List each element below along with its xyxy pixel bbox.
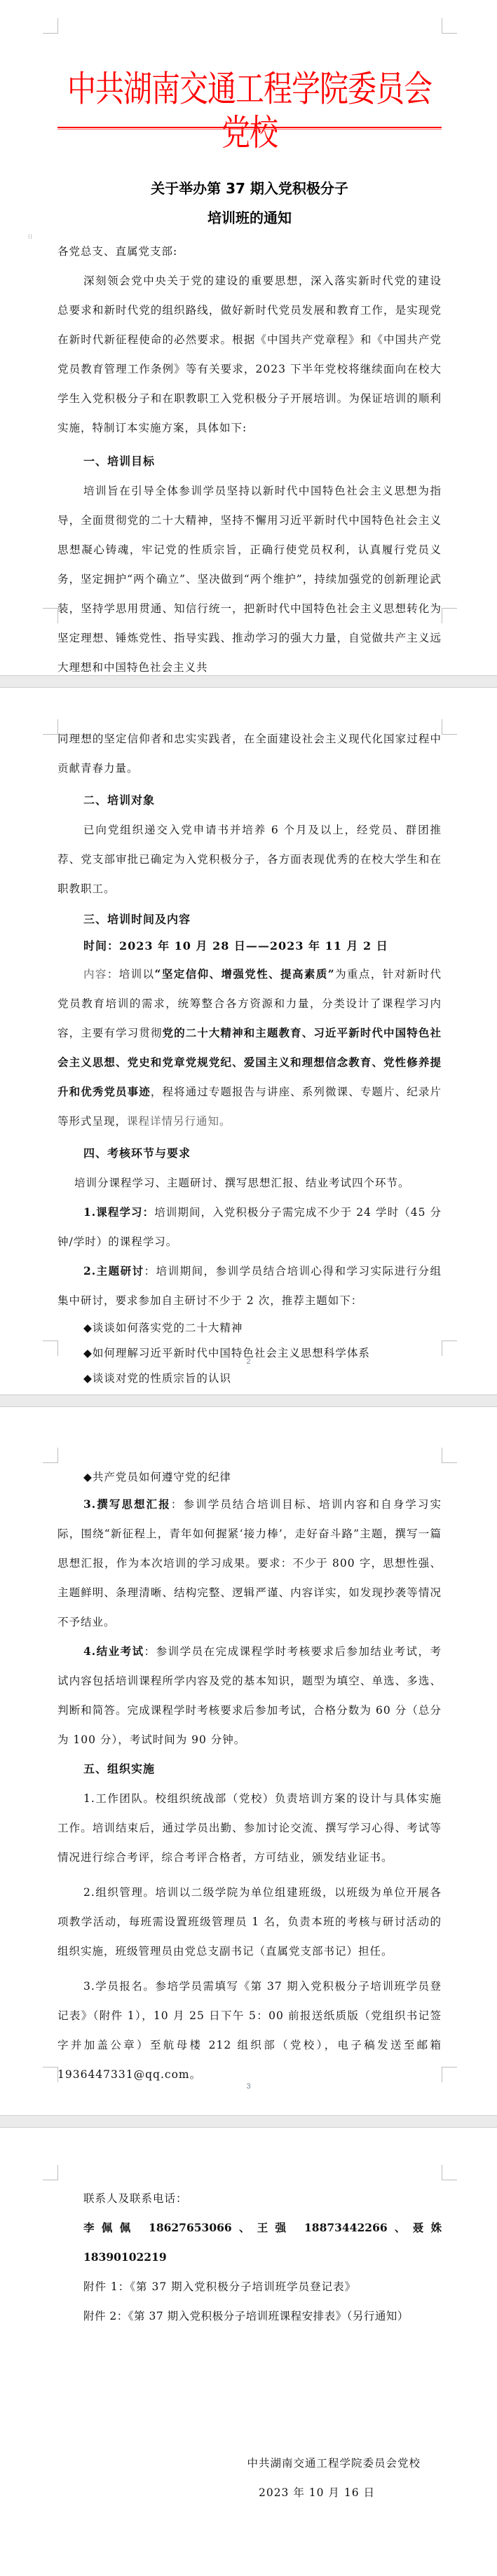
- page-1: 中共湖南交通工程学院委员会党校 ⁞⁞ 关于举办第 37 期入党积极分子 培训班的…: [0, 0, 497, 675]
- section-3-content: 内容：培训以“坚定信仰、增强党性、提高素质”为重点，针对新时代党员教育培训的需求…: [57, 960, 442, 1136]
- section-2-body: 已向党组织递交入党申请书并培养 6 个月及以上，经党员、群团推荐、党支部审批已确…: [57, 815, 442, 903]
- course-details-note: 课程详情另行通知。: [127, 1115, 231, 1128]
- training-time: 时间：2023 年 10 月 28 日——2023 年 11 月 2 日: [57, 933, 442, 960]
- margin-corner-mark: [442, 608, 457, 623]
- document-title-line1: 关于举办第 37 期入党积极分子: [57, 174, 442, 203]
- red-divider-rule: [57, 127, 442, 130]
- section-heading-3: 三、培训时间及内容: [57, 906, 442, 933]
- section-1-body: 培训旨在引导全体参训学员坚持以新时代中国特色社会主义思想为指导，全面贯彻党的二十…: [57, 476, 442, 682]
- implementation-item-2: 2.组织管理。培训以二级学院为单位组建班级，以班级为单位开展各项教学活动，每班需…: [57, 1878, 442, 1966]
- section-heading-2: 二、培训对象: [57, 786, 442, 815]
- margin-corner-mark: [442, 2067, 457, 2082]
- page-4: 联系人及联系电话： 李佩佩 18627653066、王强 18873442266…: [0, 2128, 497, 2576]
- margin-corner-mark: [43, 1341, 58, 1356]
- assessment-item-3: 3.撰写思想汇报：参训学员结合培训目标、培训内容和自身学习实际，围绕“新征程上，…: [57, 1490, 442, 1637]
- content-label: 内容: [83, 968, 107, 981]
- topic-bullet: ◆共产党员如何遵守党的纪律: [57, 1464, 442, 1490]
- signature-org: 中共湖南交通工程学院委员会党校: [57, 2449, 442, 2478]
- margin-corner-mark: [442, 1341, 457, 1356]
- implementation-item-3: 3.学员报名。参培学员需填写《第 37 期入党积极分子培训班学员登记表》（附件 …: [57, 1972, 442, 2089]
- margin-corner-mark: [442, 1448, 457, 1463]
- margin-corner-mark: [43, 2165, 58, 2180]
- page-3: ◆共产党员如何遵守党的纪律 3.撰写思想汇报：参训学员结合培训目标、培训内容和自…: [0, 1407, 497, 2115]
- page-separator: [0, 2115, 497, 2128]
- implementation-item-1: 1.工作团队。校组织统战部（党校）负责培训方案的设计与具体实施工作。培训结束后，…: [57, 1784, 442, 1872]
- margin-corner-mark: [43, 18, 58, 34]
- assessment-item-2: 2.主题研讨：培训期间，参训学员结合培训心得和学习实际进行分组集中研讨，要求参加…: [57, 1256, 442, 1315]
- margin-corner-mark: [43, 719, 58, 735]
- document-title-line2: 培训班的通知: [57, 203, 442, 233]
- topic-bullet: ◆谈谈对党的性质宗旨的认识: [57, 1366, 442, 1391]
- margin-corner-mark: [43, 608, 58, 623]
- attachment-1: 附件 1：《第 37 期入党积极分子培训班学员登记表》: [57, 2272, 442, 2301]
- margin-corner-mark: [442, 2165, 457, 2180]
- page-number: 2: [0, 1357, 497, 1366]
- margin-corner-mark: [442, 18, 457, 34]
- section-1-body-continued: 同理想的坚定信仰者和忠实实践者，在全面建设社会主义现代化国家过程中贡献青春力量。: [57, 724, 442, 783]
- salutation: 各党总支、直属党支部:: [57, 237, 442, 266]
- drag-handle-icon[interactable]: ⁞⁞: [28, 236, 35, 247]
- section-heading-1: 一、培训目标: [57, 447, 442, 476]
- contacts-people: 李佩佩 18627653066、王强 18873442266、聂姝 183901…: [57, 2213, 442, 2272]
- page-2: 同理想的坚定信仰者和忠实实践者，在全面建设社会主义现代化国家过程中贡献青春力量。…: [0, 688, 497, 1394]
- assessment-overview: 培训分课程学习、主题研讨、撰写思想汇报、结业考试四个环节。: [57, 1168, 442, 1198]
- attachment-2: 附件 2：《第 37 期入党积极分子培训班课程安排表》（另行通知）: [57, 2301, 442, 2331]
- intro-paragraph: 深刻领会党中央关于党的建设的重要思想，深入落实新时代党的建设总要求和新时代党的组…: [57, 266, 442, 443]
- margin-corner-mark: [442, 719, 457, 735]
- margin-corner-mark: [43, 2067, 58, 2082]
- topic-bullet: ◆谈谈如何落实党的二十大精神: [57, 1315, 442, 1341]
- margin-corner-mark: [43, 1448, 58, 1463]
- page-number: 1: [0, 630, 497, 638]
- section-heading-5: 五、组织实施: [57, 1754, 442, 1784]
- section-heading-4: 四、考核环节与要求: [57, 1139, 442, 1168]
- assessment-item-4: 4.结业考试：参训学员在完成课程学时考核要求后参加结业考试，考试内容包括培训课程…: [57, 1637, 442, 1754]
- contacts-label: 联系人及联系电话：: [57, 2184, 442, 2213]
- masthead-title: 中共湖南交通工程学院委员会党校: [57, 67, 442, 155]
- assessment-item-1: 1.课程学习：培训期间，入党积极分子需完成不少于 24 学时（45 分钟/学时）…: [57, 1198, 442, 1256]
- page-number: 3: [0, 2082, 497, 2091]
- signature-date: 2023 年 10 月 16 日: [57, 2478, 442, 2507]
- page-separator: [0, 1394, 497, 1407]
- training-focus: “坚定信仰、增强党性、提高素质”: [155, 967, 335, 981]
